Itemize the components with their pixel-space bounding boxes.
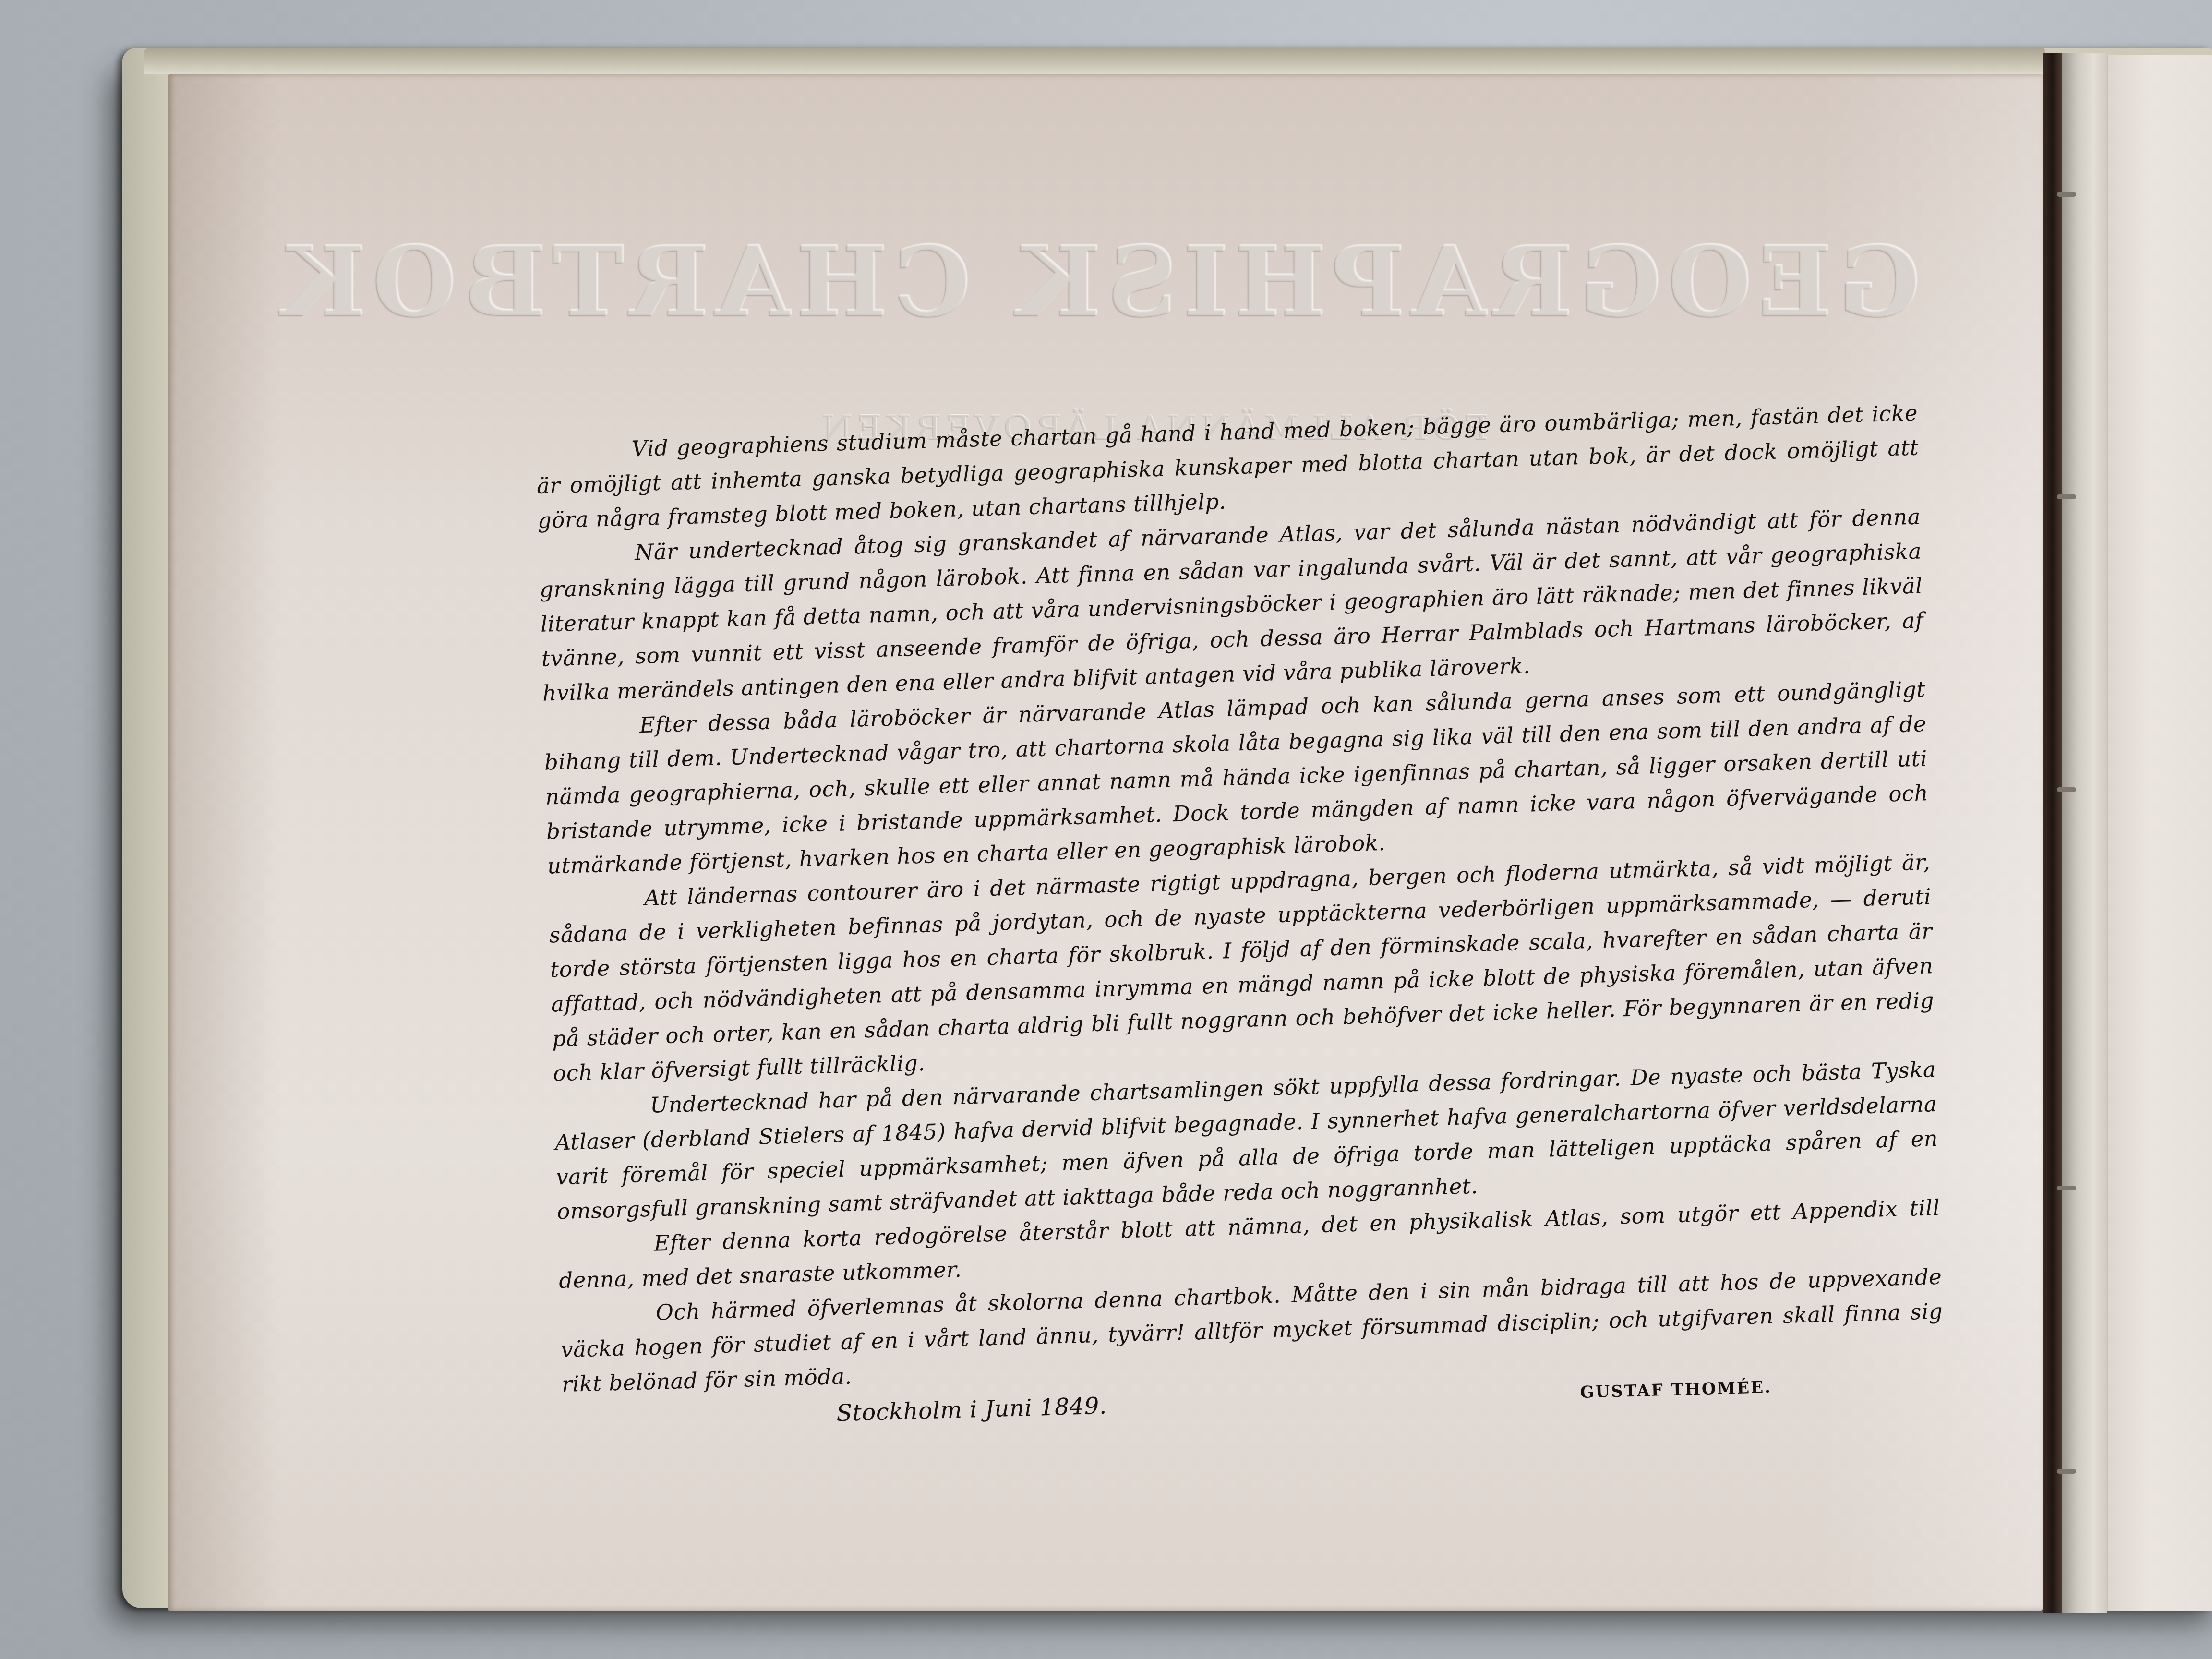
author-signature: GUSTAF THOMÉE. bbox=[1580, 1370, 1772, 1410]
binding-stitch bbox=[2057, 1469, 2076, 1474]
embossed-title-showthrough: GEOGRAPHISK CHARTBOK bbox=[456, 226, 1920, 338]
spine-binding-strip bbox=[2062, 53, 2107, 1613]
binding-stitch bbox=[2057, 1186, 2076, 1190]
right-page-edge bbox=[2107, 55, 2212, 1611]
cover-top-strip bbox=[144, 48, 2045, 74]
paragraph: Att ländernas contourer äro i det närmas… bbox=[548, 845, 1935, 1091]
binding-stitch bbox=[2057, 192, 2076, 197]
place-date: Stockholm i Juni 1849. bbox=[836, 1389, 1107, 1431]
binding-stitch bbox=[2057, 494, 2076, 499]
book-gutter bbox=[2043, 53, 2062, 1613]
preface-text: Vid geographiens studium måste chartan g… bbox=[535, 396, 1946, 1447]
binding-stitch bbox=[2057, 787, 2076, 792]
